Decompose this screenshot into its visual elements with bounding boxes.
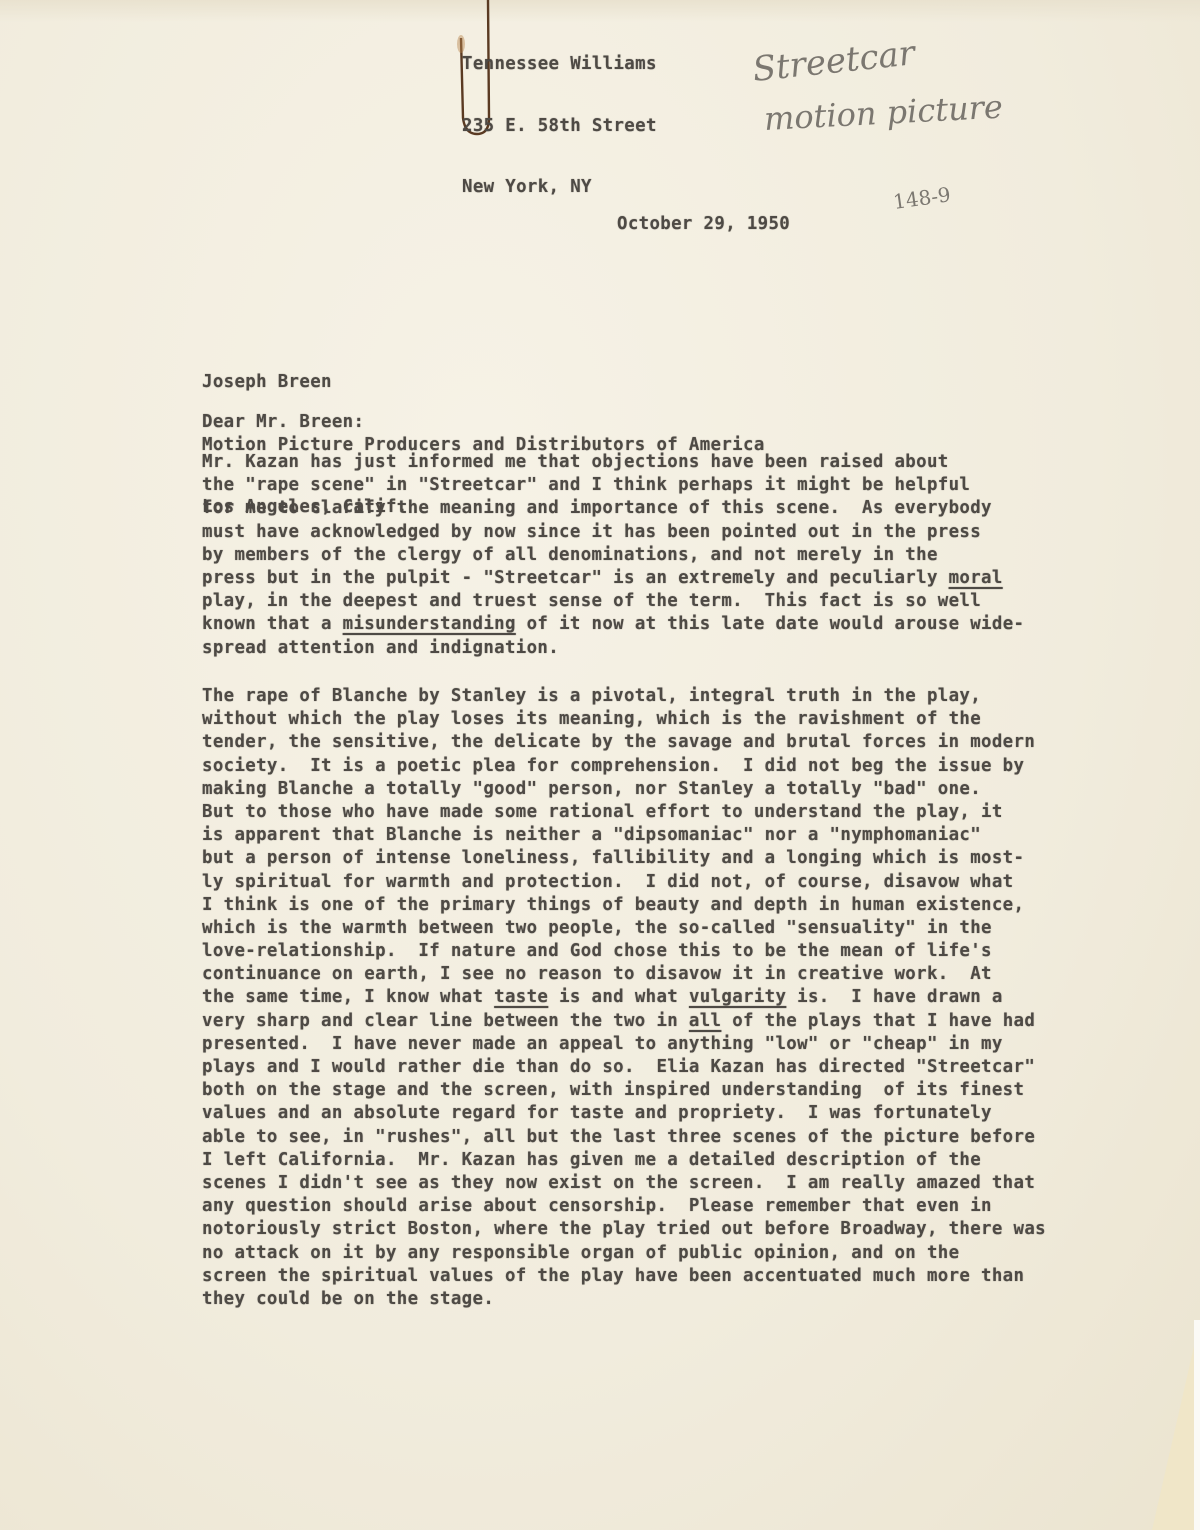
text-line: The rape of Blanche by Stanley is a pivo… [202,685,1046,708]
text-line: values and an absolute regard for taste … [202,1102,1046,1125]
text-line: they could be on the stage. [202,1288,1046,1311]
underlined-word: all [689,1011,721,1031]
underlined-word: moral [949,568,1003,588]
text-line: notoriously strict Boston, where the pla… [202,1218,1046,1241]
text-line: but a person of intense loneliness, fall… [202,847,1046,870]
folded-corner [1152,1320,1200,1530]
text-line: tender, the sensitive, the delicate by t… [202,731,1046,754]
text-line: Mr. Kazan has just informed me that obje… [202,451,1024,474]
text-line: must have acknowledged by now since it h… [202,521,1024,544]
text-line: very sharp and clear line between the tw… [202,1010,1046,1033]
sender-name: Tennessee Williams [462,54,657,76]
underlined-word: misunderstanding [343,614,516,634]
text-line: press but in the pulpit - "Streetcar" is… [202,567,1024,590]
paragraph-1: Mr. Kazan has just informed me that obje… [202,451,1024,660]
recipient-name: Joseph Breen [202,371,765,394]
text-line: which is the warmth between two people, … [202,917,1046,940]
text-line: I think is one of the primary things of … [202,894,1046,917]
sender-address: Tennessee Williams 235 E. 58th Street Ne… [462,14,657,219]
text-line: known that a misunderstanding of it now … [202,613,1024,636]
salutation: Dear Mr. Breen: [202,412,364,432]
text-line: no attack on it by any responsible organ… [202,1242,1046,1265]
letter-date: October 29, 1950 [617,214,790,234]
text-line: screen the spiritual values of the play … [202,1265,1046,1288]
text-line: able to see, in "rushes", all but the la… [202,1126,1046,1149]
text-line: is apparent that Blanche is neither a "d… [202,824,1046,847]
text-line: scenes I didn't see as they now exist on… [202,1172,1046,1195]
text-line: both on the stage and the screen, with i… [202,1079,1046,1102]
text-line: the "rape scene" in "Streetcar" and I th… [202,474,1024,497]
text-line: love-relationship. If nature and God cho… [202,940,1046,963]
text-line: any question should arise about censorsh… [202,1195,1046,1218]
text-line: spread attention and indignation. [202,637,1024,660]
text-line: continuance on earth, I see no reason to… [202,963,1046,986]
text-line: I left California. Mr. Kazan has given m… [202,1149,1046,1172]
text-line: society. It is a poetic plea for compreh… [202,755,1046,778]
sender-street: 235 E. 58th Street [462,116,657,138]
text-line: plays and I would rather die than do so.… [202,1056,1046,1079]
underlined-word: taste [494,987,548,1007]
text-line: making Blanche a totally "good" person, … [202,778,1046,801]
text-line: by members of the clergy of all denomina… [202,544,1024,567]
text-line: But to those who have made some rational… [202,801,1046,824]
sender-city: New York, NY [462,177,657,199]
text-line: for me to clarify the meaning and import… [202,497,1024,520]
text-line: play, in the deepest and truest sense of… [202,590,1024,613]
underlined-word: vulgarity [689,987,786,1007]
page-background-edge [1194,1320,1200,1530]
text-line: ly spiritual for warmth and protection. … [202,871,1046,894]
text-line: presented. I have never made an appeal t… [202,1033,1046,1056]
text-line: the same time, I know what taste is and … [202,986,1046,1009]
paragraph-2: The rape of Blanche by Stanley is a pivo… [202,685,1046,1311]
text-line: without which the play loses its meaning… [202,708,1046,731]
